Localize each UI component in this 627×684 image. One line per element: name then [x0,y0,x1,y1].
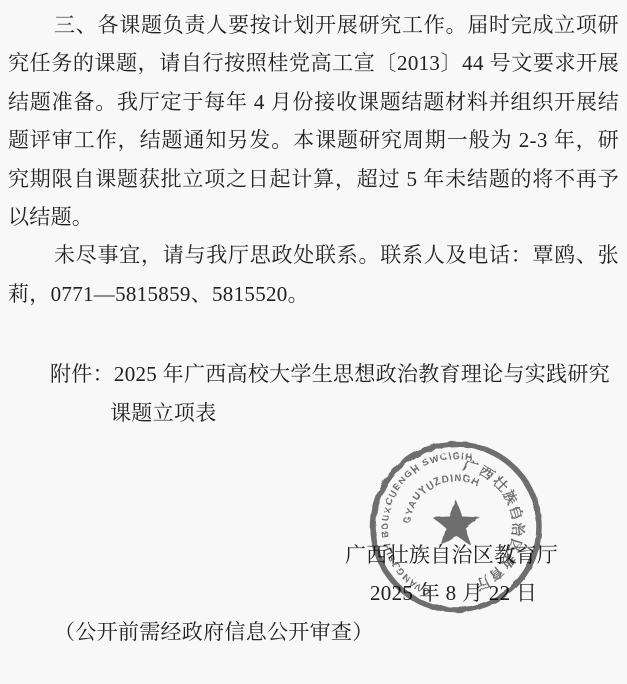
svg-text:GYAUYUZDINGH: GYAUYUZDINGH [402,473,481,525]
paragraph: 未尽事宜，请与我厅思政处联系。联系人及电话：覃鸥、张莉，0771—5815859… [8,236,619,313]
seal-star-icon [432,500,480,545]
footer-note: （公开前需经政府信息公开审查） [8,613,619,651]
official-seal: GVANGJSIH BOUXCUENGH SWCIGIH GYAUYUZDING… [368,439,544,615]
attachment-title: 2025 年广西高校大学生思想政治教育理论与实践研究课题立项表 [110,362,610,424]
paragraph: 三、各课题负责人要按计划开展研究工作。届时完成立项研究任务的课题，请自行按照桂党… [8,6,619,236]
seal-latin-text-inner: GYAUYUZDINGH [402,473,481,525]
document-page: 三、各课题负责人要按计划开展研究工作。届时完成立项研究任务的课题，请自行按照桂党… [0,0,627,684]
attachment-line: 附件：2025 年广西高校大学生思想政治教育理论与实践研究课题立项表 [8,355,619,432]
attachment-label: 附件： [50,362,114,386]
